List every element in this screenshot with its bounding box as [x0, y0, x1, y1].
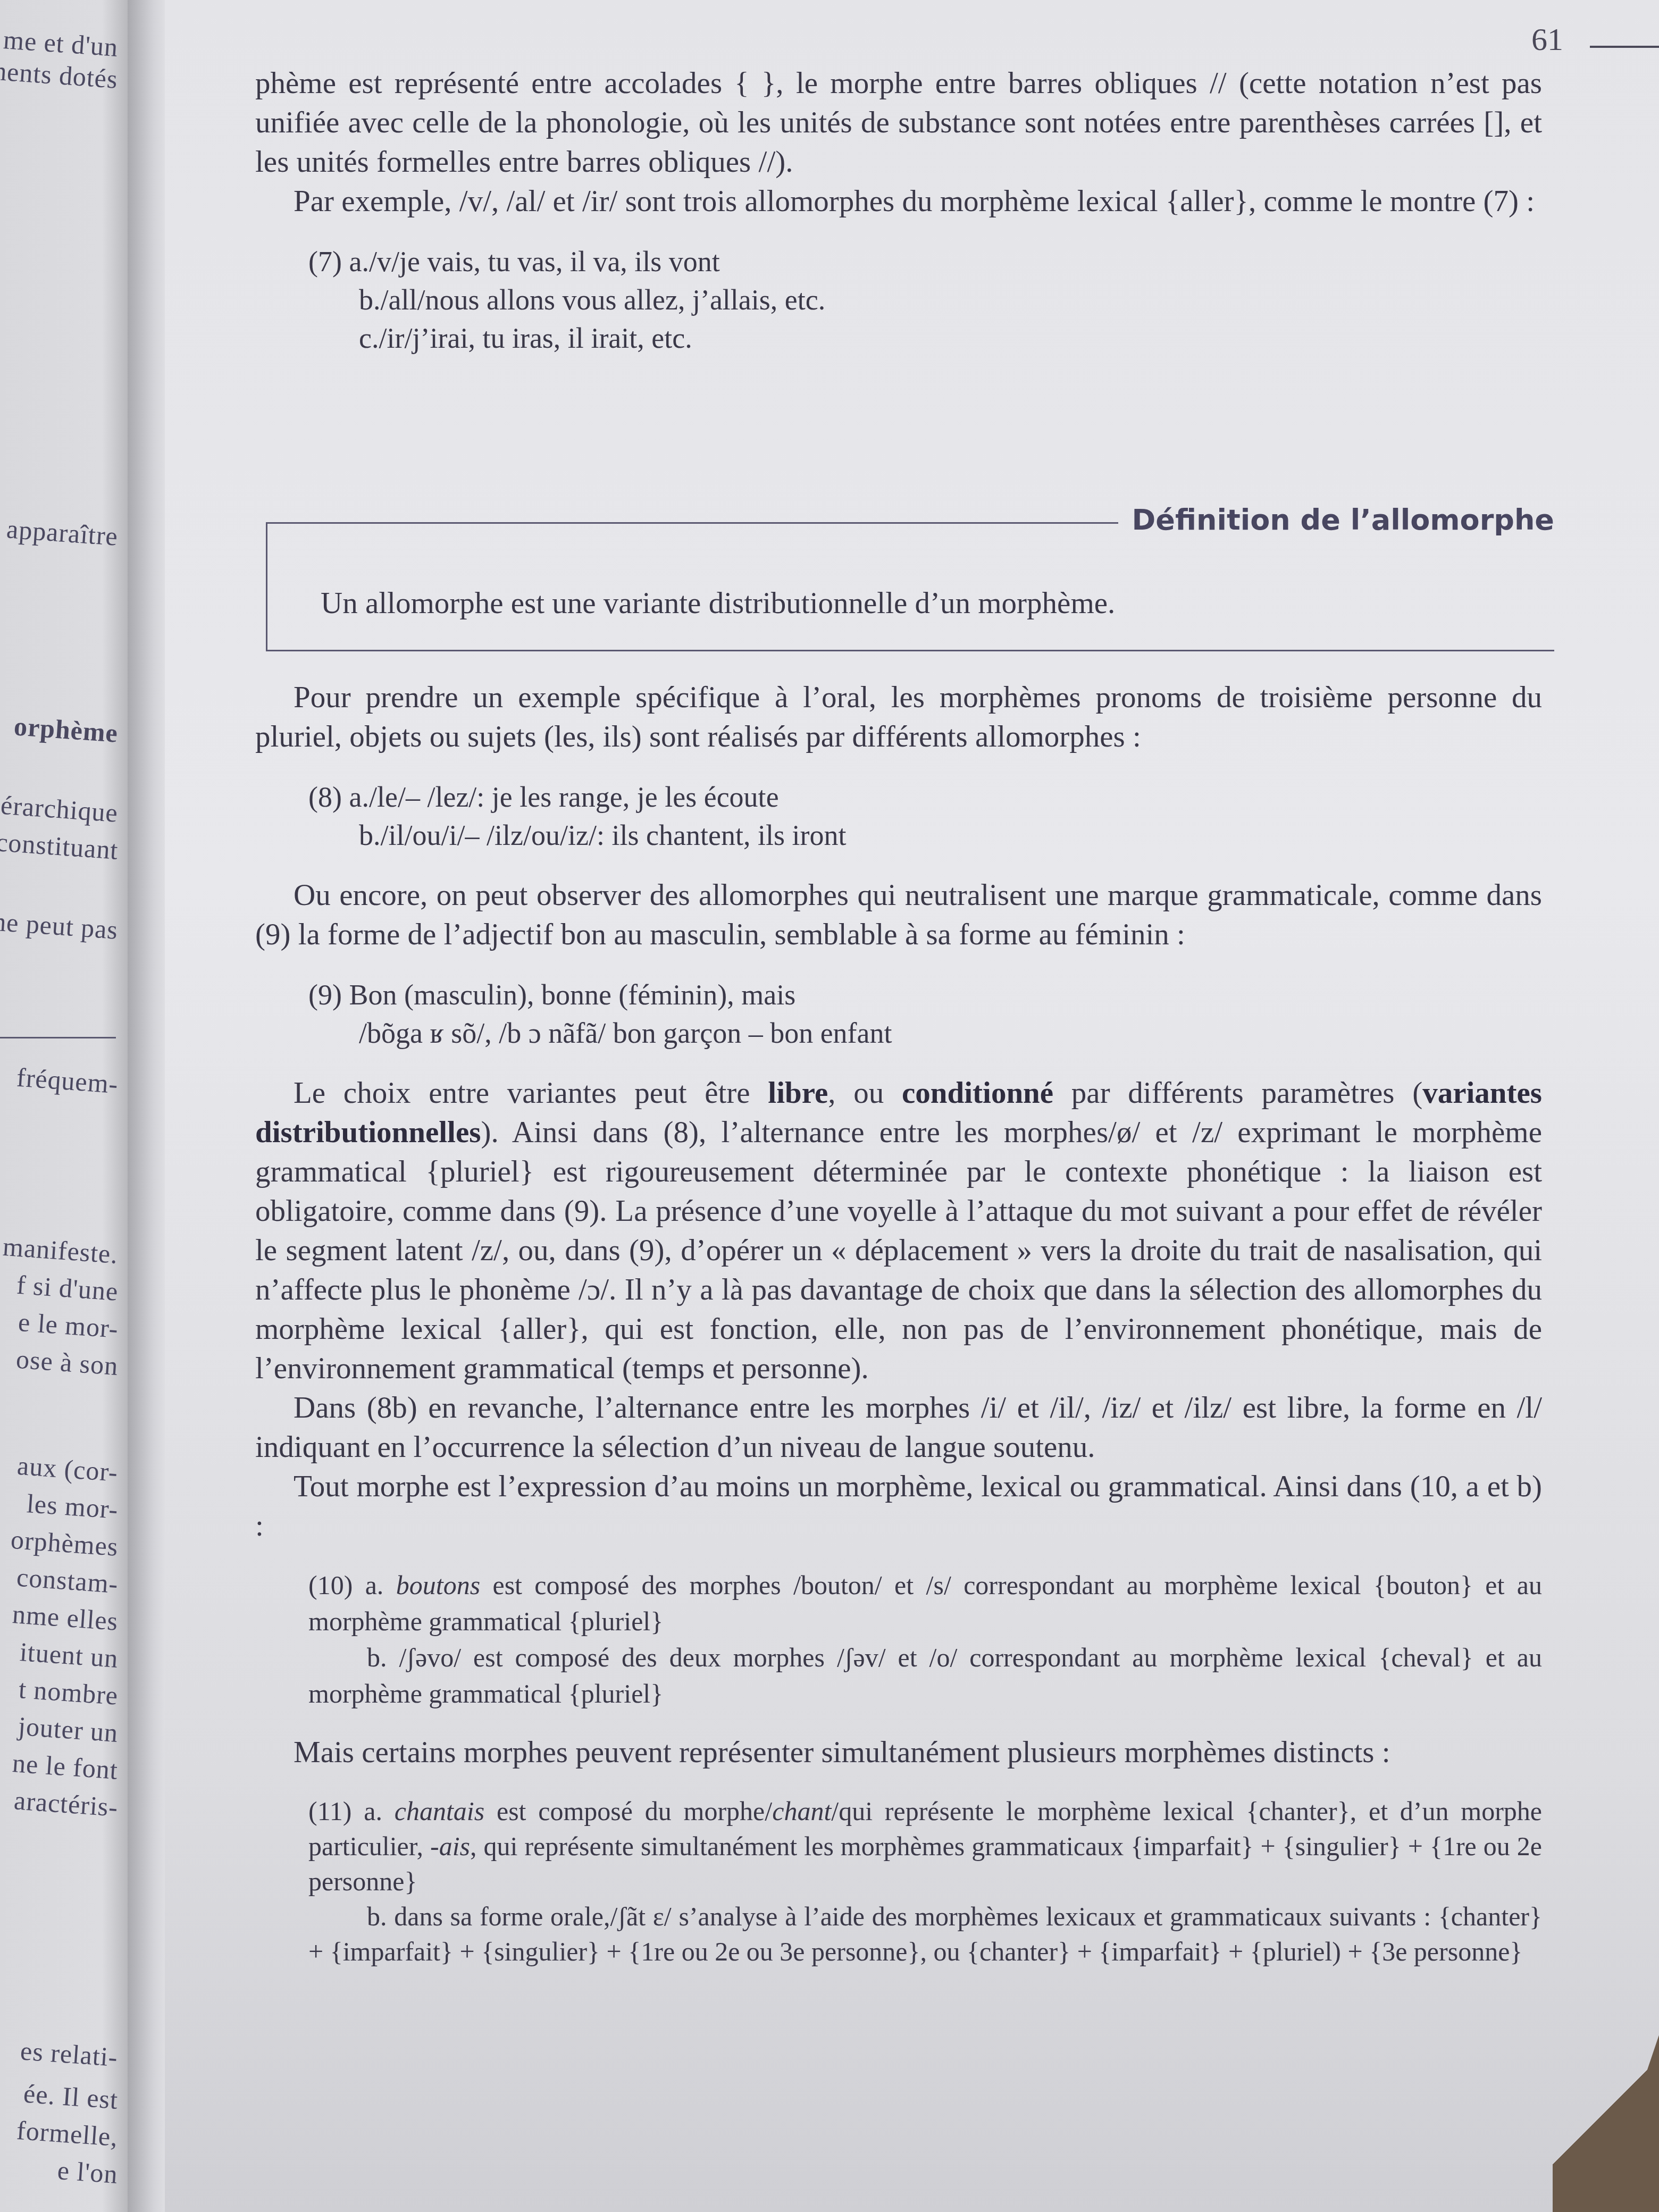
text-run: (10) a.: [308, 1570, 396, 1600]
example-10: (10) a. boutons est composé des morphes …: [308, 1567, 1542, 1712]
facing-page-fragment: constam-: [15, 1562, 119, 1599]
example-9: (9) Bon (masculin), bonne (féminin), mai…: [308, 976, 1542, 1052]
facing-page-fragment: jouter un: [17, 1711, 119, 1748]
facing-page-fragment: orphèmes: [10, 1524, 119, 1562]
facing-page-fragment: aux (cor-: [16, 1450, 119, 1488]
example-7b: b./all/nous allons vous allez, j’allais,…: [308, 281, 1542, 319]
facing-page-fragment: ituent un: [19, 1636, 119, 1674]
page-number-rule: [1590, 46, 1659, 48]
text-run: est composé des morphes /bouton/ et /s/ …: [308, 1570, 1542, 1636]
facing-page-fragment: constituant: [0, 826, 119, 866]
book-gutter: [128, 0, 165, 2212]
italic-term: boutons: [396, 1570, 480, 1600]
text-run: par différents paramètres (: [1053, 1076, 1422, 1110]
italic-term: chant: [772, 1796, 831, 1826]
example-10a: (10) a. boutons est composé des morphes …: [308, 1567, 1542, 1639]
facing-page-rule: [0, 1037, 116, 1038]
table-surface-corner: [1553, 2010, 1659, 2212]
text-run: , ou: [828, 1076, 902, 1110]
book-page: 61 phème est représenté entre accolades …: [165, 0, 1659, 2212]
bold-term-conditionne: conditionné: [902, 1076, 1053, 1110]
example-9b: /bõga ʁ sõ/, /b ɔ nãfã/ bon garçon – bon…: [308, 1014, 1542, 1052]
text-run: (11) a.: [308, 1796, 395, 1826]
facing-page-fragment: f si d'une: [15, 1269, 119, 1307]
paragraph-mais: Mais certains morphes peuvent représente…: [255, 1733, 1542, 1772]
facing-page-fragment: ne peut pas: [0, 906, 119, 945]
facing-page-fragment: t nombre: [18, 1673, 119, 1711]
facing-page-fragment: nme elles: [11, 1598, 119, 1637]
facing-page-fragment: ée. Il est: [22, 2078, 119, 2115]
text-run: ). Ainsi dans (8), l’alternance entre le…: [255, 1116, 1542, 1385]
facing-page-fragment: les mor-: [26, 1488, 119, 1525]
definition-text: Un allomorphe est une variante distribut…: [321, 586, 1115, 621]
example-10b: b. /ʃəvo/ est composé des deux morphes /…: [308, 1639, 1542, 1712]
example-8: (8) a./le/– /lez/: je les range, je les …: [308, 778, 1542, 854]
page-body: phème est représenté entre accolades { }…: [255, 64, 1542, 1990]
facing-page-fragment: es relati-: [20, 2035, 119, 2073]
example-8b: b./il/ou/i/– /ilz/ou/iz/: ils chantent, …: [308, 816, 1542, 854]
facing-page-fragment: iérarchique: [0, 789, 119, 828]
paragraph-choix: Le choix entre variantes peut être libre…: [255, 1074, 1542, 1388]
paragraph-8b: Dans (8b) en revanche, l’alternance entr…: [255, 1388, 1542, 1467]
facing-page-fragment: ose à son: [15, 1344, 119, 1381]
facing-page-fragment: ne le font: [12, 1747, 119, 1786]
definition-title: Définition de l’allomorphe: [1132, 503, 1554, 537]
example-8a: (8) a./le/– /lez/: je les range, je les …: [308, 778, 1542, 816]
facing-page-heading-fragment: orphème: [13, 710, 119, 749]
example-7: (7) a./v/je vais, tu vas, il va, ils von…: [308, 242, 1542, 357]
page-number: 61: [1531, 21, 1563, 58]
paragraph-notation: phème est représenté entre accolades { }…: [255, 64, 1542, 182]
facing-page-fragment: aractéris-: [13, 1784, 119, 1823]
example-11: (11) a. chantais est composé du morphe/c…: [308, 1794, 1542, 1969]
italic-term: ais: [439, 1831, 470, 1861]
facing-page-fragment: formelle,: [16, 2115, 119, 2152]
facing-page-fragment: apparaître: [6, 513, 119, 551]
paragraph-oral: Pour prendre un exemple spécifique à l’o…: [255, 678, 1542, 757]
example-9a: (9) Bon (masculin), bonne (féminin), mai…: [308, 976, 1542, 1014]
paragraph-ou-encore: Ou encore, on peut observer des allomorp…: [255, 876, 1542, 954]
facing-page-fragment: manifeste.: [2, 1231, 119, 1270]
facing-page-fragment: e le mor-: [17, 1306, 119, 1344]
italic-term: chantais: [395, 1796, 484, 1826]
definition-box: Définition de l’allomorphe Un allomorphe…: [266, 522, 1554, 651]
paragraph-par-exemple: Par exemple, /v/, /al/ et /ir/ sont troi…: [255, 182, 1542, 221]
text-run: Le choix entre variantes peut être: [294, 1076, 768, 1110]
facing-page-fragment: fréquem-: [15, 1062, 119, 1100]
facing-page: me et d'un nents dotés apparaître orphèm…: [0, 0, 128, 2212]
example-11b: b. dans sa forme orale,/ʃãt ɛ/ s’analyse…: [308, 1899, 1542, 1969]
example-7c: c./ir/j’irai, tu iras, il irait, etc.: [308, 319, 1542, 357]
facing-page-fragment: e l'on: [57, 2155, 119, 2190]
definition-top-rule: [267, 522, 1118, 524]
example-11a: (11) a. chantais est composé du morphe/c…: [308, 1794, 1542, 1899]
text-run: est composé du morphe/: [484, 1796, 772, 1826]
bold-term-libre: libre: [768, 1076, 828, 1110]
text-run: , qui représente simultanément les morph…: [308, 1831, 1542, 1896]
paragraph-tout-morphe: Tout morphe est l’expression d’au moins …: [255, 1467, 1542, 1546]
example-7a: (7) a./v/je vais, tu vas, il va, ils von…: [308, 242, 1542, 281]
